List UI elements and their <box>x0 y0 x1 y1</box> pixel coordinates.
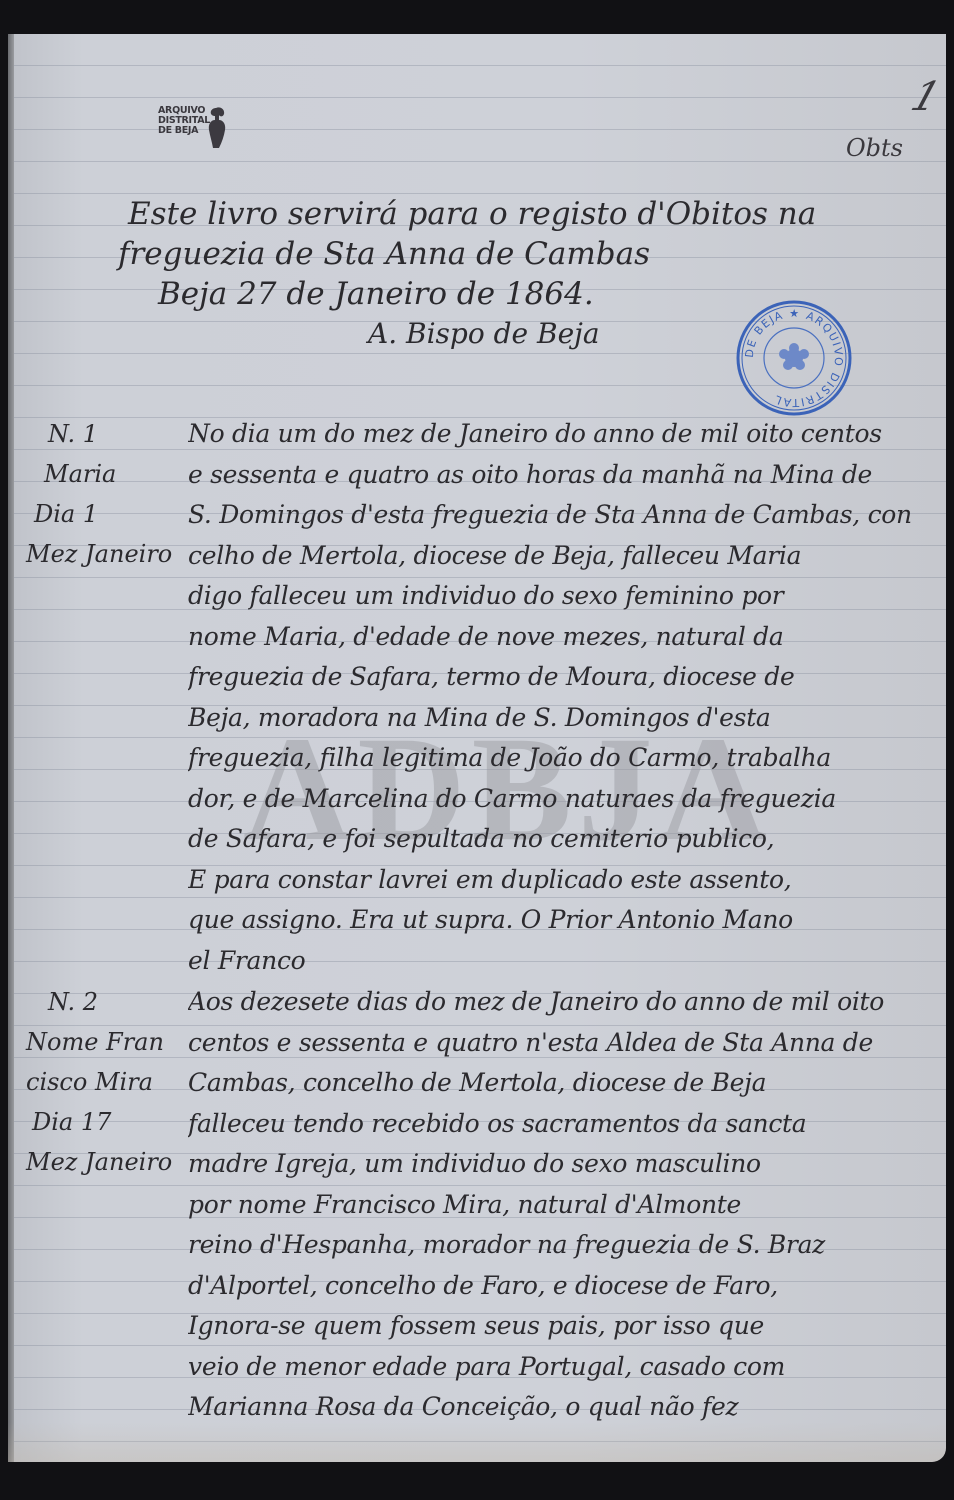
text-line: freguezia de Safara, termo de Moura, dio… <box>188 657 948 698</box>
text-line: freguezia, filha legitima de João do Car… <box>188 738 948 779</box>
entry-name: Maria <box>44 454 186 494</box>
text-line: por nome Francisco Mira, natural d'Almon… <box>188 1185 948 1226</box>
text-line: Cambas, concelho de Mertola, diocese de … <box>188 1063 948 1104</box>
entry-2-text: Aos dezesete dias do mez de Janeiro do a… <box>188 982 948 1428</box>
text-line: S. Domingos d'esta freguezia de Sta Anna… <box>188 495 948 536</box>
text-line: e sessenta e quatro as oito horas da man… <box>188 455 948 496</box>
entry-number: N. 2 <box>48 982 186 1022</box>
text-line: Aos dezesete dias do mez de Janeiro do a… <box>188 982 948 1023</box>
text-line: nome Maria, d'edade de nove mezes, natur… <box>188 617 948 658</box>
manuscript-page: ARQUIVO DISTRITAL DE BEJA 1 Obts Este li… <box>8 34 946 1462</box>
entry-month: Mez Janeiro <box>26 534 186 574</box>
folio-number: 1 <box>906 74 946 120</box>
text-line: reino d'Hespanha, morador na freguezia d… <box>188 1225 948 1266</box>
archive-seal-stamp-icon: DE BEJA ★ ARQUIVO DISTRITAL <box>734 298 854 418</box>
text-line: que assigno. Era ut supra. O Prior Anton… <box>188 900 948 941</box>
text-line: Beja, moradora na Mina de S. Domingos d'… <box>188 698 948 739</box>
entry-day: Dia 1 <box>34 494 186 534</box>
entry-1-margin: N. 1 Maria Dia 1 Mez Janeiro <box>26 414 186 574</box>
entry-name-cont: cisco Mira <box>26 1062 186 1102</box>
text-line: digo falleceu um individuo do sexo femin… <box>188 576 948 617</box>
elephant-emblem-icon <box>204 106 228 154</box>
folio-mark: Obts <box>846 134 903 162</box>
entry-number: N. 1 <box>48 414 186 454</box>
entry-name: Nome Fran <box>26 1022 186 1062</box>
text-line: veio de menor edade para Portugal, casad… <box>188 1347 948 1388</box>
text-line: Marianna Rosa da Conceição, o qual não f… <box>188 1387 948 1428</box>
stamp-line: DE BEJA <box>158 126 206 136</box>
archive-stamp-black: ARQUIVO DISTRITAL DE BEJA <box>158 106 228 162</box>
text-line: falleceu tendo recebido os sacramentos d… <box>188 1104 948 1145</box>
text-line: dor, e de Marcelina do Carmo naturaes da… <box>188 779 948 820</box>
text-line: madre Igreja, um individuo do sexo mascu… <box>188 1144 948 1185</box>
text-line: el Franco <box>188 941 948 982</box>
entry-day: Dia 17 <box>32 1102 186 1142</box>
text-line: de Safara, e foi sepultada no cemiterio … <box>188 819 948 860</box>
text-line: No dia um do mez de Janeiro do anno de m… <box>188 414 948 455</box>
entry-month: Mez Janeiro <box>26 1142 186 1182</box>
entry-1-text: No dia um do mez de Janeiro do anno de m… <box>188 414 948 981</box>
text-line: d'Alportel, concelho de Faro, e diocese … <box>188 1266 948 1307</box>
text-line: celho de Mertola, diocese de Beja, falle… <box>188 536 948 577</box>
entry-2-margin: N. 2 Nome Fran cisco Mira Dia 17 Mez Jan… <box>26 982 186 1182</box>
text-line: centos e sessenta e quatro n'esta Aldea … <box>188 1023 948 1064</box>
header-line: Este livro servirá para o registo d'Obit… <box>128 194 878 234</box>
text-line: Ignora-se quem fossem seus pais, por iss… <box>188 1306 948 1347</box>
header-line: freguezia de Sta Anna de Cambas <box>118 234 878 274</box>
text-line: E para constar lavrei em duplicado este … <box>188 860 948 901</box>
